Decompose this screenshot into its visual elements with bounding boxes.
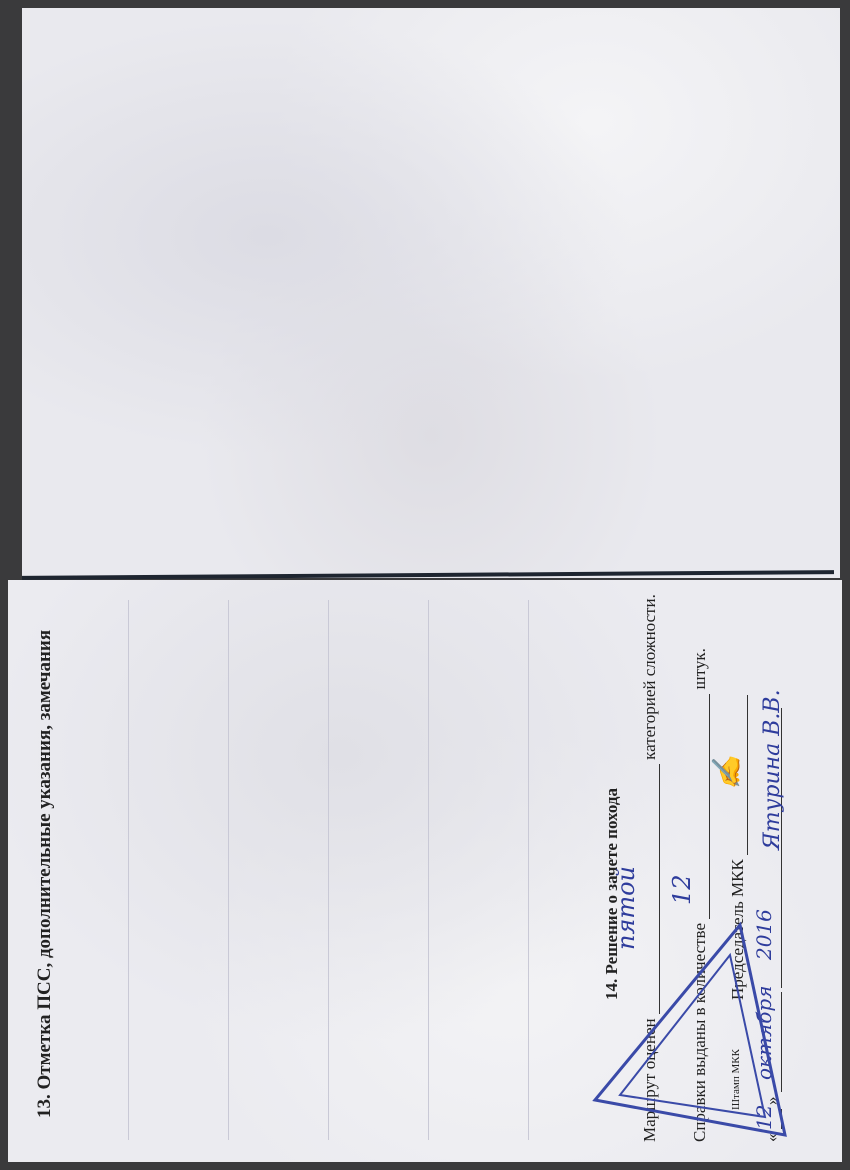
ruled-line bbox=[528, 600, 529, 1140]
ruled-line bbox=[328, 600, 329, 1140]
certs-value: 12 bbox=[668, 874, 696, 905]
certs-suffix: штук. bbox=[690, 648, 709, 689]
chair-name: Ятурина В.В. bbox=[760, 689, 785, 850]
ruled-line bbox=[228, 600, 229, 1140]
chair-signature: ✍ bbox=[710, 755, 743, 790]
route-suffix: категорией сложности. bbox=[640, 594, 659, 760]
blank-page-top bbox=[22, 8, 840, 578]
section-13-title: 13. Отметка ПСС, дополнительные указания… bbox=[34, 630, 56, 1118]
ruled-line bbox=[128, 600, 129, 1140]
ruled-line bbox=[428, 600, 429, 1140]
triangle-stamp bbox=[590, 905, 790, 1145]
